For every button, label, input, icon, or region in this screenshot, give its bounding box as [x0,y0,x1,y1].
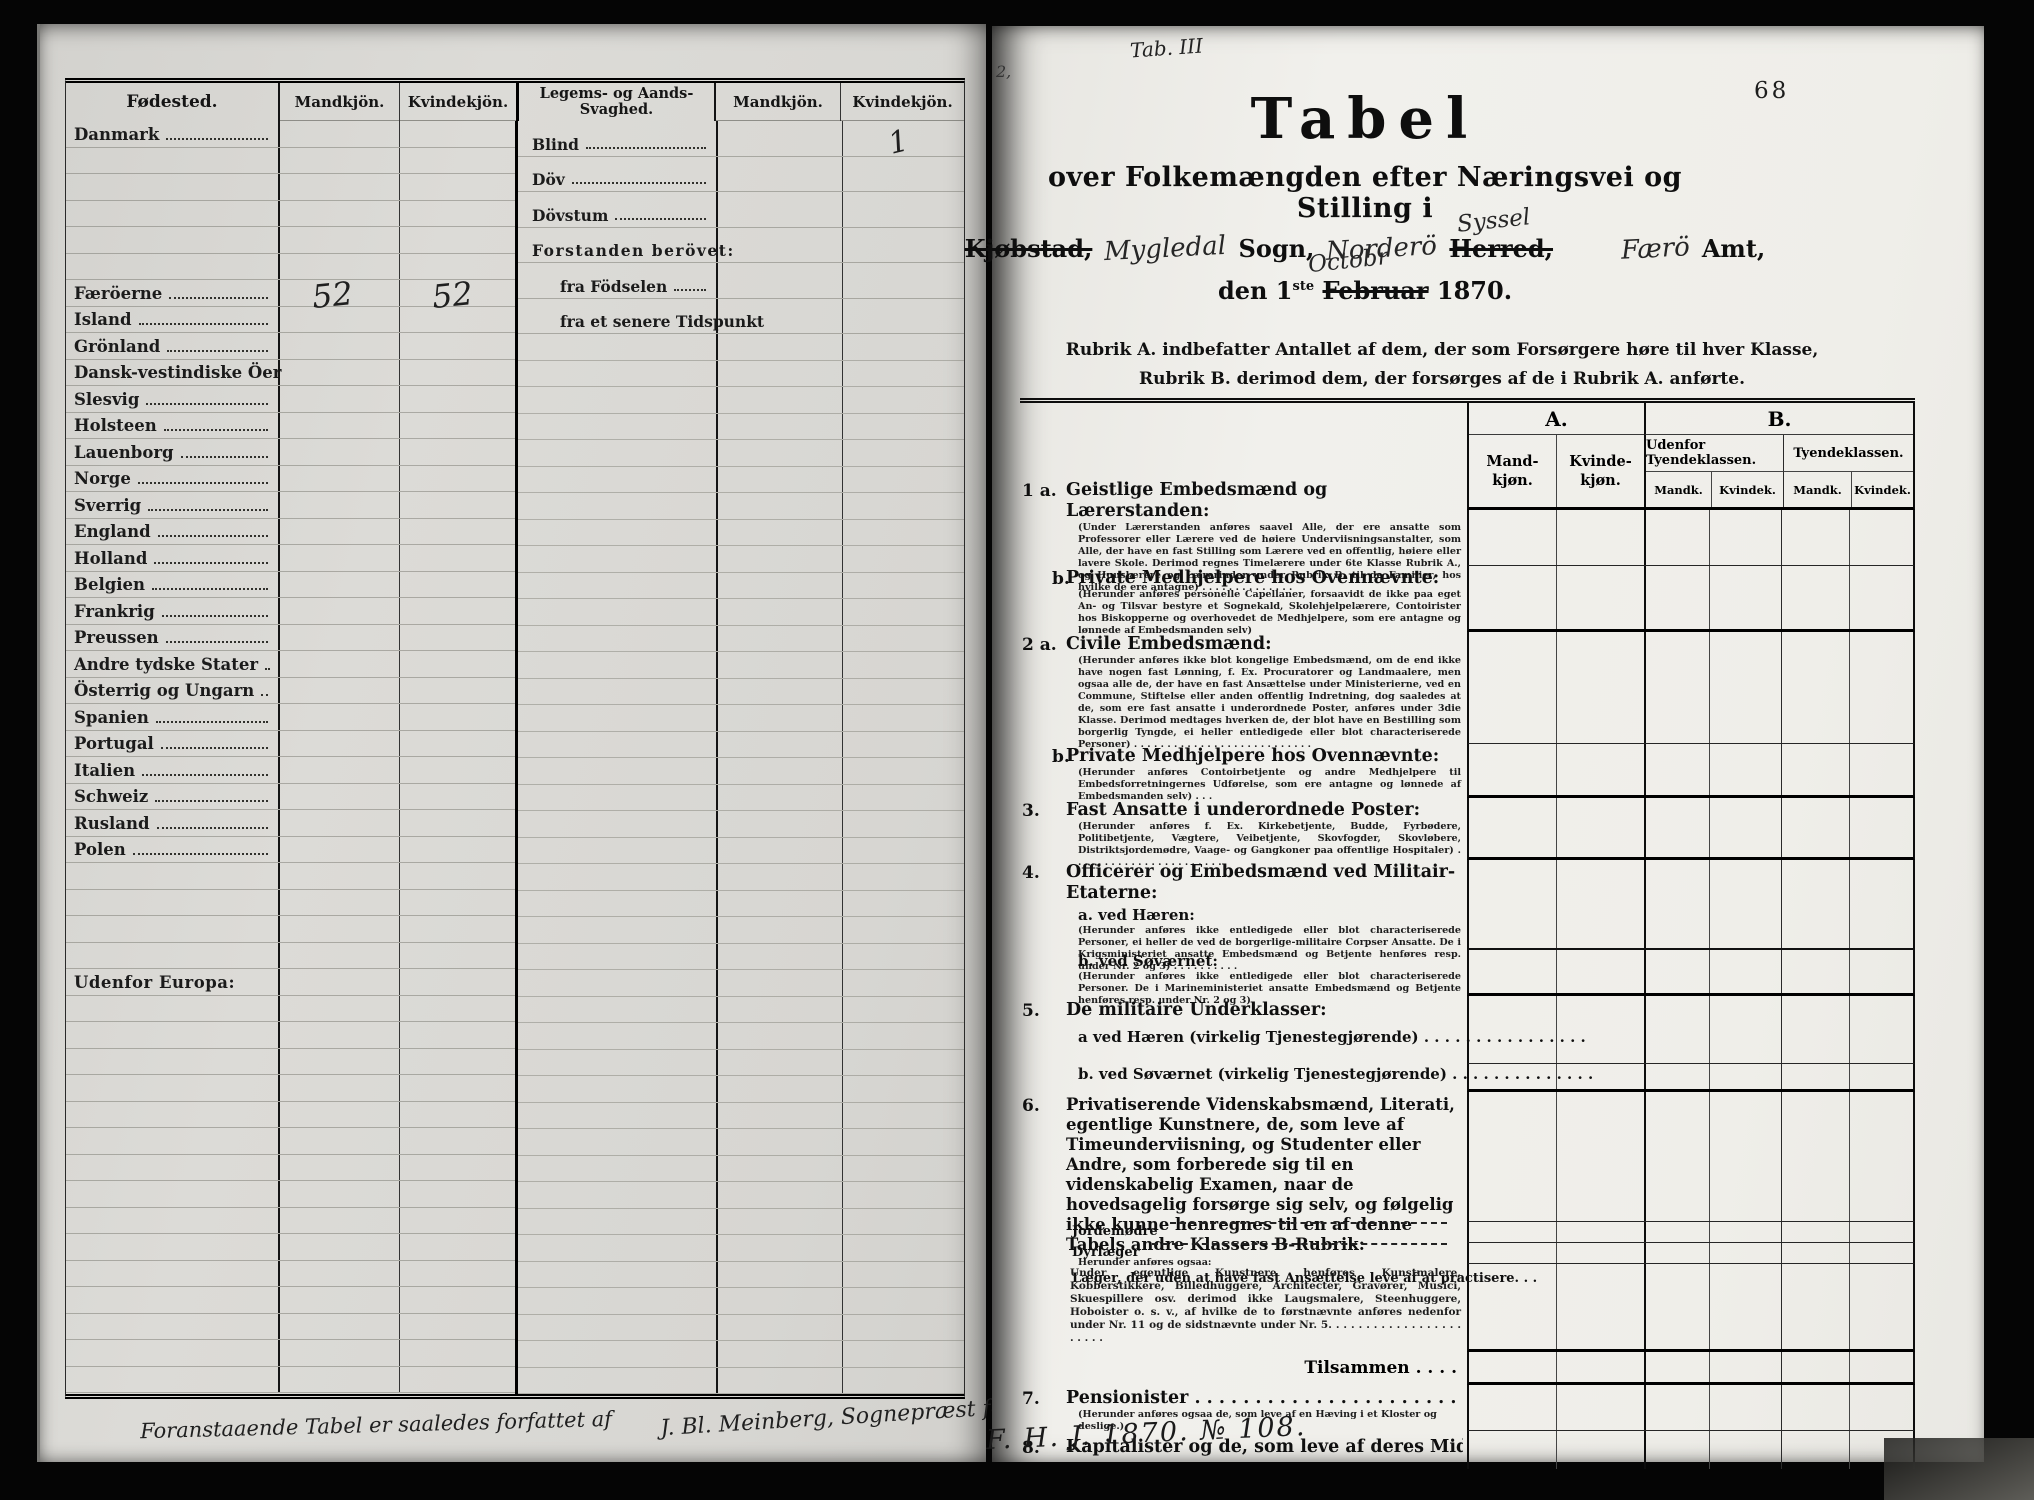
female-count-cell [399,1075,515,1101]
table-row [66,890,515,917]
male-count-cell [278,492,399,518]
jordemoedre-label: Jordemødre [1072,1222,1158,1241]
section-stub: b. Private Medhjelpere hos Ovennævnte: (… [1020,744,1467,798]
empty-cell [518,705,716,731]
country-label: Holsteen [74,414,157,438]
left-page: Fødested. Mandkjön. Kvindekjön. Legems- … [40,24,986,1462]
male-count-cell [278,863,399,889]
handwritten-parish: Mygledal [1104,231,1228,267]
female-count-cell [399,1340,515,1366]
section-row-2b: b. Private Medhjelpere hos Ovennævnte: (… [1020,744,1915,798]
section-number: b. [1052,569,1070,589]
left-table-header: Fødested. Mandkjön. Kvindekjön. Legems- … [66,83,964,121]
country-cell [66,227,278,253]
empty-cell [1781,950,1849,993]
female-count-cell [399,1155,515,1181]
dotted-leader [261,694,268,696]
empty-row [518,1209,964,1236]
table-row: Udenfor Europa: [66,969,515,996]
empty-cell [716,758,842,784]
empty-cell [518,970,716,996]
country-label: Belgien [74,573,145,597]
column-header-b2-kvindek: Kvindek. [1851,472,1913,507]
empty-cell [1849,1064,1913,1089]
female-count-cell [842,299,964,334]
dotted-leader [615,218,706,220]
empty-row [518,626,964,653]
section-row-2a: 2 a. Civile Embedsmænd: (Herunder anføre… [1020,632,1915,744]
table-row [66,1287,515,1314]
empty-cell [716,864,842,890]
empty-cell [842,626,964,652]
label-line: kjøn. [1492,471,1533,490]
birthplace-infirmity-table: Fødested. Mandkjön. Kvindekjön. Legems- … [65,78,965,1399]
empty-cell [1849,1385,1913,1430]
empty-cell [518,679,716,705]
empty-cell [1644,1385,1709,1430]
country-cell: Island [66,307,278,333]
female-count-cell [399,519,515,545]
female-count-cell [399,678,515,704]
country-cell: Schweiz [66,784,278,810]
column-header-a-mandkjon: Mand- kjøn. [1469,435,1556,507]
female-count-cell: 52 [399,280,515,306]
column-header-mandkjon-2: Mandkjön. [714,83,840,121]
empty-cell [842,573,964,599]
section-stub: 6. Privatiserende Videnskabsmænd, Litera… [1020,1092,1467,1222]
male-count-cell [278,837,399,863]
birthplace-rows: Danmark [66,121,515,1394]
empty-cell [518,944,716,970]
male-count-cell [278,598,399,624]
section-stub: b. ved Søværnet (virkelig Tjenestegjøren… [1020,1064,1467,1092]
male-count-cell [278,201,399,227]
country-label: Sverrig [74,494,141,518]
male-count-cell [278,678,399,704]
male-count-cell [278,1340,399,1366]
column-header-outside-servant-class: Udenfor Tyendeklassen. [1646,435,1783,472]
empty-row [518,891,964,918]
empty-cell [518,414,716,440]
empty-cell [716,599,842,625]
table-row: Italien [66,757,515,784]
empty-cell [518,917,716,943]
empty-cell [518,811,716,837]
table-row: Slesvig [66,386,515,413]
empty-cell [842,1129,964,1155]
section-number: b. [1052,747,1070,767]
right-page: 2, Tab. III 68 Tabel over Folkemængden e… [992,26,1984,1462]
section-stub: b. Private Medhjelpere hos Ovennævnte: (… [1020,566,1467,632]
female-count-cell [399,731,515,757]
section-row-5b: b. ved Søværnet (virkelig Tjenestegjøren… [1020,1064,1915,1092]
country-cell: Færöerne [66,280,278,306]
empty-cell [518,573,716,599]
table-row: Lauenborg [66,439,515,466]
country-cell: Frankrig [66,598,278,624]
empty-cell [1709,1222,1781,1242]
section-number: 4. [1022,863,1040,883]
rubrik-b-text: Rubrik B. derimod dem, der forsørges af … [1022,365,1862,394]
female-count-cell [399,757,515,783]
empty-row [518,546,964,573]
empty-cell [1469,1385,1556,1430]
book-scan: Fødested. Mandkjön. Kvindekjön. Legems- … [0,0,2034,1500]
female-count-cell [399,810,515,836]
empty-cell [1709,632,1781,743]
title-block: Tabel over Folkemængden efter Næringsvei… [1000,86,1730,305]
empty-row [518,1262,964,1289]
country-label: Italien [74,759,135,783]
amt-label: Amt, [1702,234,1765,263]
section-number: 2 a. [1022,635,1057,655]
section-stub: 5. De militaire Underklasser: a ved Hære… [1020,996,1467,1064]
section-title: Officerer og Embedsmænd ved Militair-Eta… [1066,862,1463,904]
country-cell: Slesvig [66,386,278,412]
empty-cell [518,1209,716,1235]
table-row [66,863,515,890]
table-row [66,1340,515,1367]
male-count-cell [278,360,399,386]
empty-row [518,599,964,626]
empty-cell [1556,1222,1644,1242]
empty-cell [716,811,842,837]
empty-cell [518,732,716,758]
handwritten-county: Færö [1620,232,1690,266]
female-count-cell [399,148,515,174]
empty-row [518,1235,964,1262]
column-header-b1-kvindek: Kvindek. [1711,472,1783,507]
rubrik-a-text: Rubrik A. indbefatter Antallet af dem, d… [1022,336,1862,365]
empty-cell [1849,632,1913,743]
empty-cell [1709,1385,1781,1430]
dotted-leader [586,147,706,149]
empty-cell [1781,744,1849,795]
male-count-cell [278,731,399,757]
empty-cell [1709,1243,1781,1263]
dotted-leader [161,747,268,749]
infirmity-cell: Döv [518,157,716,192]
male-count-cell [278,1102,399,1128]
table-row: Rusland [66,810,515,837]
country-cell: Lauenborg [66,439,278,465]
empty-cell [1644,1064,1709,1089]
date-ordinal-suffix: ste [1293,279,1315,294]
occupation-class-table: A. B. Mand- kjøn. Kvinde- kjøn. [1020,398,1915,1462]
empty-cell [1644,744,1709,795]
dotted-leader [166,138,268,140]
dotted-leader [166,641,268,643]
empty-cell [1469,860,1556,948]
empty-row [518,467,964,494]
empty-cell [1644,860,1709,948]
female-count-cell [399,1208,515,1234]
data-cells [1467,950,1915,996]
empty-cell [1469,744,1556,795]
female-count-cell [399,1049,515,1075]
empty-cell [1644,510,1709,565]
empty-cell [1556,632,1644,743]
female-count-cell [399,890,515,916]
empty-row [518,758,964,785]
data-cells [1467,1092,1915,1222]
country-cell [66,1181,278,1207]
infirmity-labeled-rows: Blind 1 D [518,121,964,334]
country-label: Grönland [74,335,160,359]
dotted-leader [572,182,706,184]
country-cell: Spanien [66,704,278,730]
data-cells [1467,1431,1915,1469]
empty-cell [518,1156,716,1182]
empty-cell [842,1341,964,1367]
country-label: Österrig og Ungarn [74,679,254,703]
empty-row [518,1103,964,1130]
male-count-cell [278,1128,399,1154]
country-cell: Danmark [66,121,278,147]
empty-cell [716,520,842,546]
empty-cell [716,1288,842,1314]
empty-cell [716,1341,842,1367]
male-count-cell [278,969,399,995]
empty-cell [842,334,964,360]
empty-cell [518,652,716,678]
empty-cell [518,891,716,917]
data-cells [1467,744,1915,798]
empty-cell [716,387,842,413]
female-count-cell [399,386,515,412]
empty-cell [1644,1264,1709,1349]
section-stub: 4. Officerer og Embedsmænd ved Militair-… [1020,860,1467,950]
empty-cell [1469,632,1556,743]
empty-cell [1709,1264,1781,1349]
empty-cell [716,1156,842,1182]
data-cells [1467,566,1915,632]
male-count-cell [278,572,399,598]
empty-cell [716,891,842,917]
country-label: Andre tydske Stater [74,653,258,677]
empty-cell [518,387,716,413]
male-count-cell [278,1049,399,1075]
section-title: De militaire Underklasser: [1066,1000,1463,1021]
empty-cell [1644,1352,1709,1382]
data-cells [1467,1385,1915,1431]
empty-cell [1709,1064,1781,1089]
empty-cell [518,1129,716,1155]
dotted-leader [158,535,268,537]
empty-cell [1556,1431,1644,1469]
dotted-leader [146,403,268,405]
table-row [66,1367,515,1394]
table-row [66,1049,515,1076]
jordemoedre-row: Jordemødre [1020,1222,1467,1241]
empty-cell [1709,950,1781,993]
country-cell [66,1128,278,1154]
empty-cell [1556,566,1644,629]
table-row: fra Födselen [518,263,964,299]
section-2a: 2 a. Civile Embedsmænd: (Herunder anføre… [1020,634,1467,751]
female-count-cell [399,784,515,810]
female-count-cell [842,192,964,227]
section-stub: b. ved Søværnet: (Herunder anføres ikke … [1020,950,1467,996]
empty-cell [1781,1243,1849,1263]
empty-row [518,785,964,812]
country-cell: Holland [66,545,278,571]
country-label: Udenfor Europa: [74,971,235,995]
column-header-b1-mandk: Mandk. [1646,472,1711,507]
empty-cell [1644,1243,1709,1263]
empty-cell [1781,996,1849,1063]
empty-cell [842,440,964,466]
empty-cell [518,440,716,466]
section-row-4a: 4. Officerer og Embedsmænd ved Militair-… [1020,860,1915,950]
section-3: 3. Fast Ansatte i underordnede Poster: (… [1020,800,1467,869]
empty-cell [842,917,964,943]
country-cell [66,148,278,174]
empty-row [518,1288,964,1315]
title-date-line: den 1ste Februar Octobr 1870. [1000,276,1730,305]
empty-cell [1644,566,1709,629]
section-2b: b. Private Medhjelpere hos Ovennævnte: (… [1020,746,1467,803]
empty-row [518,679,964,706]
empty-cell [518,1288,716,1314]
empty-cell [716,493,842,519]
male-count-cell [278,174,399,200]
empty-cell [518,493,716,519]
handwritten-attestation: Foranstaaende Tabel er saaledes forfatte… [140,1397,1000,1445]
empty-cell [716,334,842,360]
empty-cell [842,1209,964,1235]
country-cell [66,1287,278,1313]
empty-cell [518,599,716,625]
empty-cell [1781,1385,1849,1430]
table-row [66,1102,515,1129]
empty-cell [716,1129,842,1155]
section-fine-print: (Herunder anføres ikke blot kongelige Em… [1066,655,1463,751]
country-cell [66,1314,278,1340]
male-count-cell [278,413,399,439]
country-cell [66,1022,278,1048]
empty-cell [1849,1264,1913,1349]
dotted-leader [142,774,268,776]
country-cell [66,1049,278,1075]
dotted-leader [162,615,268,617]
empty-cell [1709,1092,1781,1221]
empty-cell [842,599,964,625]
empty-cell [1849,1352,1913,1382]
table-row: Andre tydske Stater [66,651,515,678]
female-count-cell [399,863,515,889]
table-row [66,996,515,1023]
dotted-leader [133,853,268,855]
country-cell [66,996,278,1022]
empty-cell [1781,1431,1849,1469]
empty-cell [1709,744,1781,795]
table-row [66,174,515,201]
section-5b: b. ved Søværnet (virkelig Tjenestegjøren… [1020,1064,1467,1084]
dotted-leader [154,562,268,564]
empty-cell [842,864,964,890]
empty-cell [1781,566,1849,629]
empty-cell [716,705,842,731]
female-count-cell [842,263,964,298]
male-count-cell [278,307,399,333]
table-row [66,943,515,970]
month-struck-label: Februar [1322,276,1428,305]
subsection-b-line: b. ved Søværnet (virkelig Tjenestegjøren… [1066,1064,1463,1084]
empty-row [518,838,964,865]
female-count-cell [399,704,515,730]
country-cell [66,201,278,227]
male-count-cell [278,757,399,783]
male-count-cell [278,1208,399,1234]
female-count-cell [399,333,515,359]
country-label: Danmark [74,123,159,147]
empty-cell [1849,798,1913,857]
male-count-cell [278,1234,399,1260]
country-label: Holland [74,547,147,571]
male-count-cell [278,1155,399,1181]
empty-cell [1781,860,1849,948]
empty-cell [1781,1222,1849,1242]
country-cell: Portugal [66,731,278,757]
empty-cell [518,1235,716,1261]
empty-cell [842,361,964,387]
dotted-leader [152,588,268,590]
empty-cell [1849,744,1913,795]
empty-cell [716,1103,842,1129]
empty-cell [518,1076,716,1102]
table-row: Preussen [66,625,515,652]
empty-cell [842,732,964,758]
country-label: Frankrig [74,600,155,624]
empty-cell [1469,1092,1556,1221]
herred-struck-label: Herred, [1449,234,1553,263]
year-label: 1870. [1437,276,1512,305]
table-row [66,1181,515,1208]
male-count-cell [278,996,399,1022]
female-count-cell [399,943,515,969]
under-kunstnere-text: Under egentlige Kunstnere henføres Kunst… [1066,1267,1463,1345]
country-cell [66,1367,278,1393]
empty-cell [1849,1222,1913,1242]
infirmity-label: Blind [532,133,579,156]
female-count-cell [399,969,515,995]
male-count-cell [716,263,842,298]
b-sex-band: Mandk. Kvindek. Mandk. Kvindek. [1646,472,1913,507]
under-kunstnere-note: Under egentlige Kunstnere henføres Kunst… [1020,1267,1467,1345]
male-count-cell [278,519,399,545]
country-cell [66,1208,278,1234]
empty-row [518,1023,964,1050]
empty-row [518,732,964,759]
empty-cell [842,1262,964,1288]
country-label: Portugal [74,732,154,756]
female-count-cell [399,625,515,651]
country-cell: Holsteen [66,413,278,439]
female-count-cell [399,545,515,571]
male-count-cell [278,386,399,412]
country-label: Færöerne [74,282,162,306]
section-stub: Jordemødre [1020,1222,1467,1243]
empty-row [518,997,964,1024]
empty-cell [518,546,716,572]
empty-cell [716,944,842,970]
empty-cell [1709,1431,1781,1469]
female-count-cell [399,996,515,1022]
empty-row [518,1156,964,1183]
empty-row [518,944,964,971]
dyrlaeger-row: Dyrlæger [1020,1243,1467,1262]
